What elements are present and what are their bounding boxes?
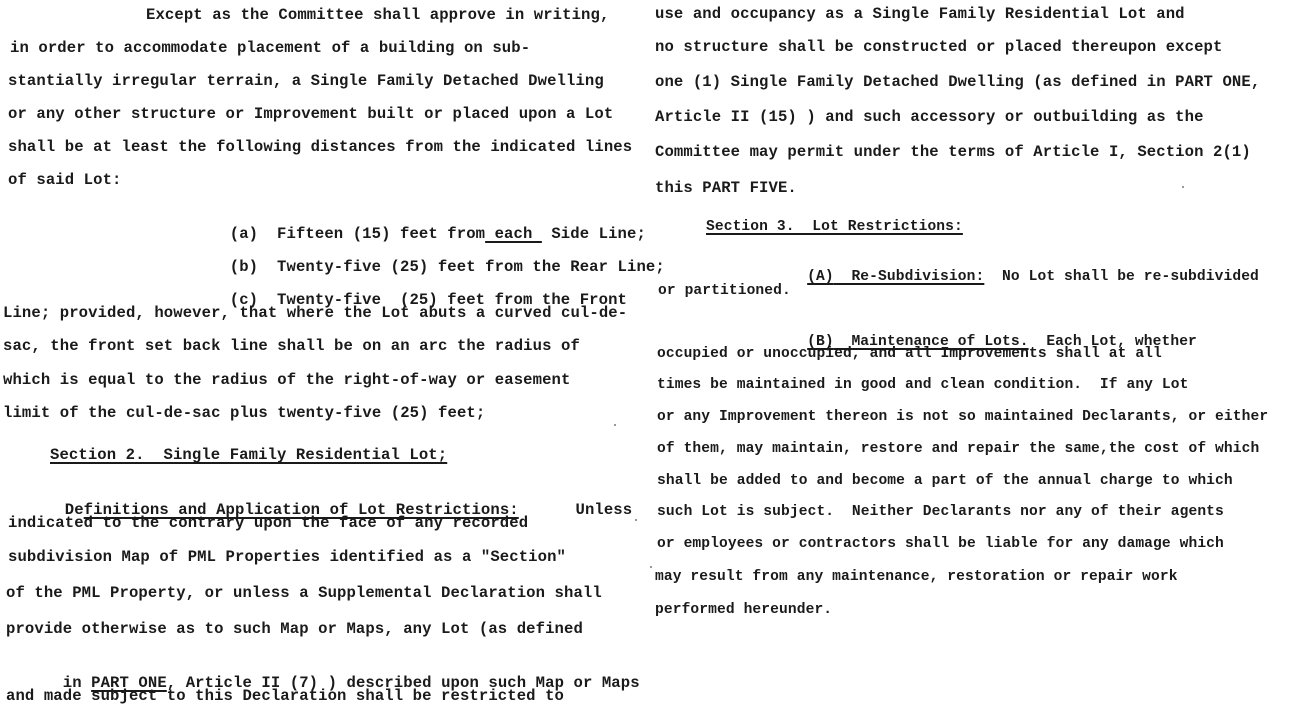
paragraph-line: or any other structure or Improvement bu… (8, 104, 613, 124)
section-2-heading: Section 2. Single Family Residential Lot… (50, 445, 447, 465)
paragraph-line: sac, the front set back line shall be on… (3, 336, 580, 356)
document-page: Except as the Committee shall approve in… (0, 0, 1295, 724)
paragraph-line: provide otherwise as to such Map or Maps… (6, 619, 583, 639)
paragraph-line: and made subject to this Declaration sha… (6, 686, 564, 706)
right-column: use and occupancy as a Single Family Res… (648, 0, 1295, 724)
scan-speck (635, 519, 637, 521)
paragraph-line: Line; provided, however, that where the … (3, 303, 627, 323)
subsection-a-text: No Lot shall be re-subdivided (984, 269, 1259, 285)
paragraph-line: shall be added to and become a part of t… (657, 471, 1233, 491)
subsection-a-line: (A) Re-Subdivision: No Lot shall be re-s… (754, 247, 1259, 307)
paragraph-line: performed hereunder. (655, 600, 832, 620)
paragraph-line: may result from any maintenance, restora… (655, 567, 1178, 587)
paragraph-line: Committee may permit under the terms of … (655, 142, 1251, 162)
paragraph-line: one (1) Single Family Detached Dwelling … (655, 72, 1260, 92)
paragraph-line: use and occupancy as a Single Family Res… (655, 4, 1185, 24)
section-3-heading: Section 3. Lot Restrictions: (706, 217, 963, 237)
paragraph-line: or partitioned. (658, 281, 791, 301)
paragraph-line: shall be at least the following distance… (8, 137, 632, 157)
paragraph-line: or any Improvement thereon is not so mai… (657, 407, 1268, 427)
paragraph-line: Except as the Committee shall approve in… (146, 5, 609, 25)
paragraph-line: indicated to the contrary upon the face … (8, 513, 528, 533)
paragraph-line: limit of the cul-de-sac plus twenty-five… (3, 403, 485, 423)
paragraph-line: no structure shall be constructed or pla… (655, 37, 1222, 57)
paragraph-line: of them, may maintain, restore and repai… (657, 439, 1259, 459)
scan-speck (614, 424, 616, 426)
paragraph-line: subdivision Map of PML Properties identi… (8, 547, 566, 567)
paragraph-line: of said Lot: (8, 170, 122, 190)
scan-speck (1182, 186, 1184, 188)
paragraph-line: such Lot is subject. Neither Declarants … (657, 502, 1224, 522)
paragraph-line: or employees or contractors shall be lia… (657, 534, 1224, 554)
paragraph-line: this PART FIVE. (655, 178, 797, 198)
subsection-a-heading: (A) Re-Subdivision: (807, 269, 984, 285)
paragraph-line: Article II (15) ) and such accessory or … (655, 107, 1204, 127)
paragraph-line: times be maintained in good and clean co… (657, 375, 1188, 395)
paragraph-line: stantially irregular terrain, a Single F… (8, 71, 604, 91)
paragraph-line: of the PML Property, or unless a Supplem… (6, 583, 602, 603)
paragraph-line: occupied or unoccupied, and all Improvem… (657, 344, 1162, 364)
paragraph-line: in order to accommodate placement of a b… (10, 38, 530, 58)
paragraph-line: which is equal to the radius of the righ… (3, 370, 570, 390)
left-column: Except as the Committee shall approve in… (0, 0, 648, 724)
scan-speck (650, 566, 652, 568)
heading-after: Unless (519, 501, 633, 519)
